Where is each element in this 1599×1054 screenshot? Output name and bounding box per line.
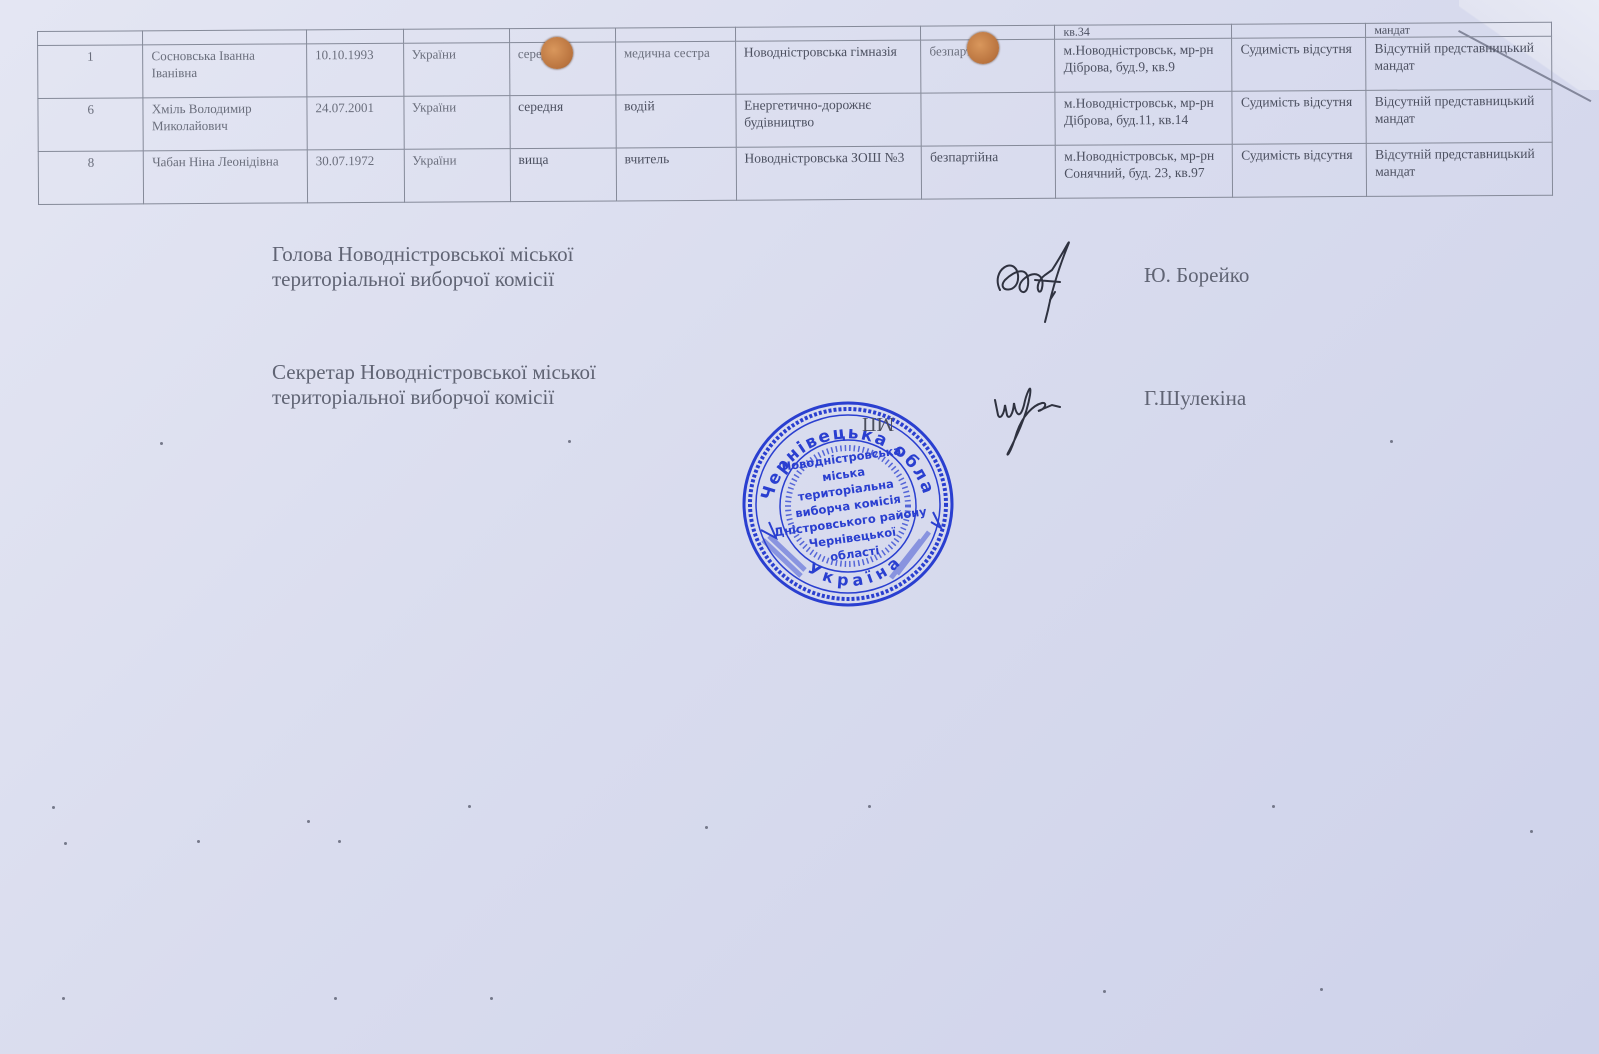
cell-party xyxy=(921,92,1055,146)
paper-speck xyxy=(1320,988,1323,991)
cell-position: медична сестра xyxy=(615,41,735,95)
paper-speck xyxy=(468,805,471,808)
paper-speck xyxy=(568,440,571,443)
paper-speck xyxy=(1103,990,1106,993)
cell-criminal-record: Судимість відсутня xyxy=(1232,37,1366,91)
cell-full-name: Хміль Володимир Миколайович xyxy=(143,97,307,151)
paper-speck xyxy=(62,997,65,1000)
cell-birth-date: 24.07.2001 xyxy=(307,96,404,150)
cell-number: 6 xyxy=(38,98,144,152)
paper-speck xyxy=(160,442,163,445)
paper-speck xyxy=(307,820,310,823)
table-row: 1 Сосновська Іванна Іванівна 10.10.1993 … xyxy=(38,36,1552,98)
cell-mandate: Відсутній представницький мандат xyxy=(1366,36,1552,90)
candidates-table: кв.34 мандат 1 Сосновська Іванна Іванівн… xyxy=(37,22,1553,205)
mandate-tail: мандат xyxy=(1366,22,1552,37)
cell-full-name: Сосновська Іванна Іванівна xyxy=(143,44,307,98)
paper-speck xyxy=(1272,805,1275,808)
paper-speck xyxy=(197,840,200,843)
cell-number: 8 xyxy=(38,151,144,205)
paper-speck xyxy=(1390,440,1393,443)
cell-address: м.Новодністровськ, мр-рн Діброва, буд.9,… xyxy=(1055,38,1232,92)
paper-speck xyxy=(1530,830,1533,833)
paper-speck xyxy=(338,840,341,843)
cell-criminal-record: Судимість відсутня xyxy=(1232,90,1366,144)
cell-workplace: Енергетично-дорожнє будівництво xyxy=(736,93,922,147)
paper-speck xyxy=(52,806,55,809)
cell-citizenship: України xyxy=(403,96,509,150)
cell-workplace: Новодністровська гімназія xyxy=(735,40,921,94)
paper-speck xyxy=(64,842,67,845)
cell-address: м.Новодністровськ, мр-рн Діброва, буд.11… xyxy=(1055,91,1232,145)
hole-punch xyxy=(967,32,999,64)
cell-mandate: Відсутній представницький мандат xyxy=(1367,142,1553,196)
cell-full-name: Чабан Ніна Леонідівна xyxy=(144,150,308,204)
secretary-title: Секретар Новодністровської міської терит… xyxy=(272,360,596,410)
chair-signature-icon xyxy=(990,230,1085,330)
cell-birth-date: 10.10.1993 xyxy=(307,43,404,97)
chair-title: Голова Новодністровської міської територ… xyxy=(272,242,573,292)
cell-education: вища xyxy=(510,148,616,202)
cell-number: 1 xyxy=(38,45,144,99)
official-stamp-icon: Чернівецька область Україна Новодністров… xyxy=(741,400,955,608)
cell-education: середня xyxy=(510,95,616,149)
cell-party: безпартійна xyxy=(922,145,1056,199)
chair-name: Ю. Борейко xyxy=(1144,263,1249,288)
cell-birth-date: 30.07.1972 xyxy=(307,149,404,203)
table-row: 6 Хміль Володимир Миколайович 24.07.2001… xyxy=(38,89,1552,151)
cell-position: водій xyxy=(616,94,736,148)
paper-speck xyxy=(490,997,493,1000)
address-tail: кв.34 xyxy=(1055,24,1232,39)
table-row: 8 Чабан Ніна Леонідівна 30.07.1972 Украї… xyxy=(38,142,1552,204)
paper-speck xyxy=(868,805,871,808)
scanned-document-page: кв.34 мандат 1 Сосновська Іванна Іванівн… xyxy=(0,0,1599,1054)
secretary-signature-icon xyxy=(990,375,1065,460)
cell-workplace: Новодністровська ЗОШ №3 xyxy=(736,146,922,200)
paper-speck xyxy=(705,826,708,829)
secretary-name: Г.Шулекіна xyxy=(1144,386,1246,411)
stamp-place-mark: МП xyxy=(862,412,894,435)
paper-speck xyxy=(334,997,337,1000)
hole-punch xyxy=(541,37,573,69)
cell-criminal-record: Судимість відсутня xyxy=(1233,143,1367,197)
cell-position: вчитель xyxy=(616,147,736,201)
cell-address: м.Новодністровськ, мр-рн Сонячний, буд. … xyxy=(1056,144,1233,198)
cell-mandate: Відсутній представницький мандат xyxy=(1366,89,1552,143)
cell-citizenship: України xyxy=(404,149,510,203)
cell-citizenship: України xyxy=(403,43,509,97)
